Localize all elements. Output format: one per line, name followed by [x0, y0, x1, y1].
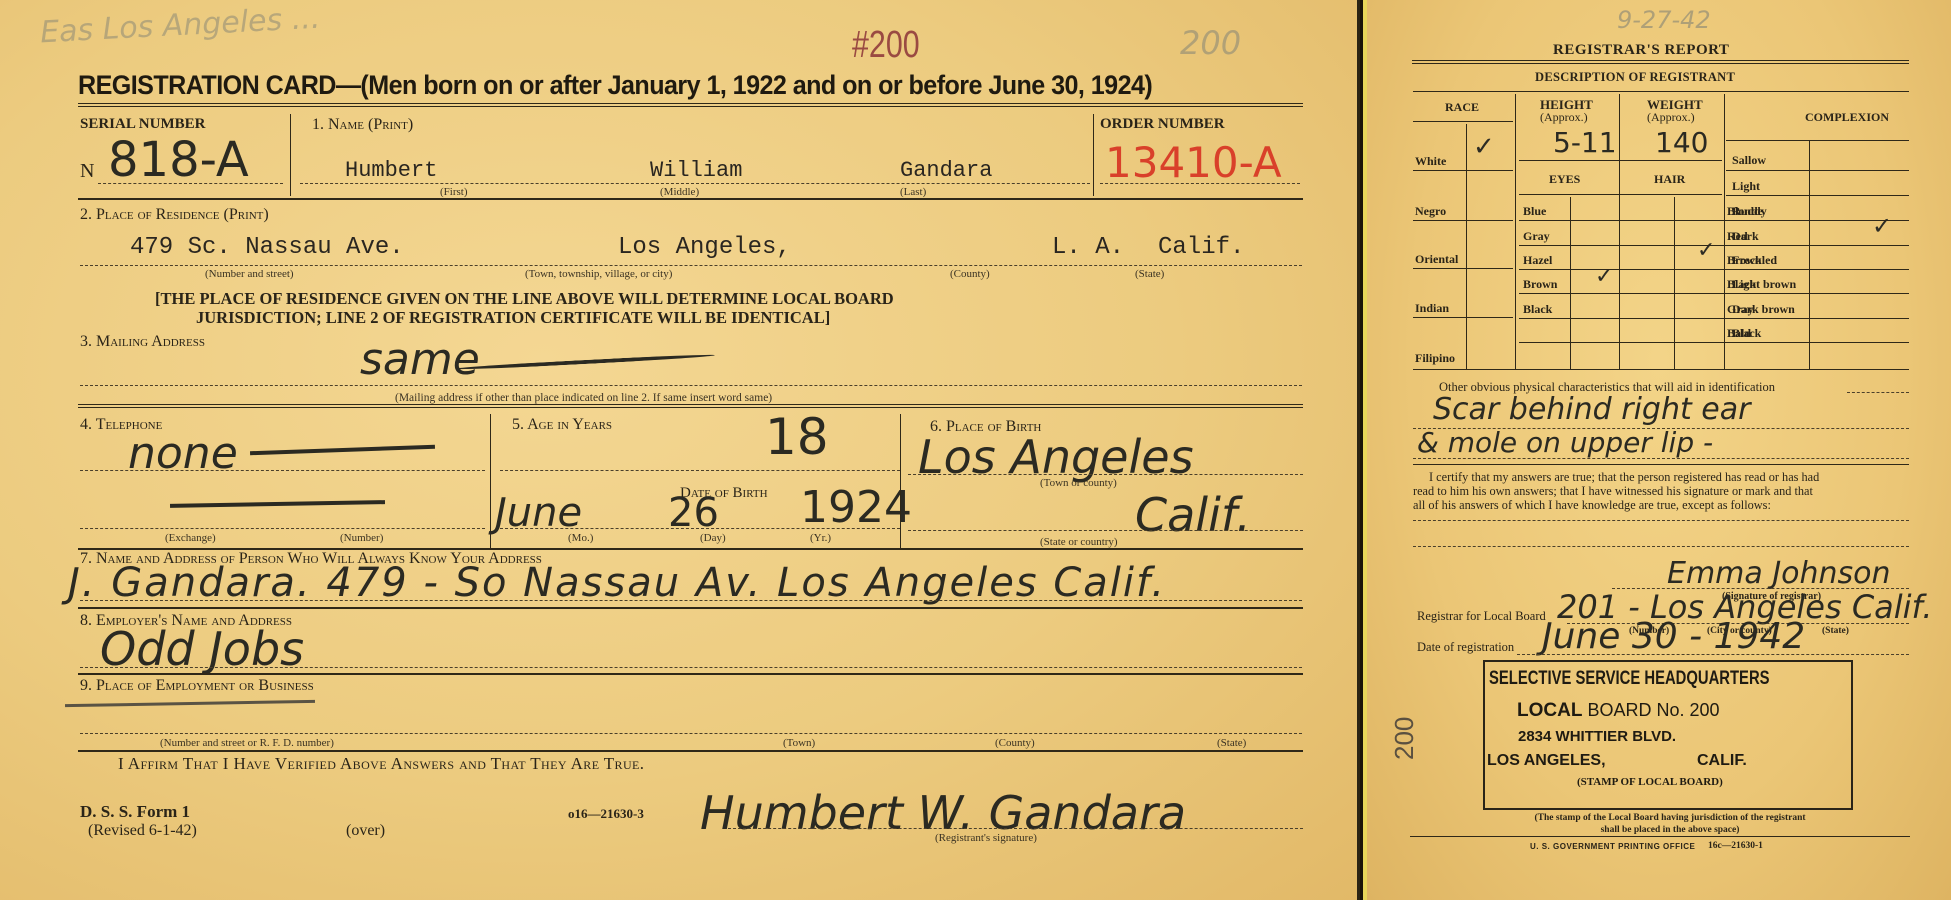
employment-town-caption: (Town) — [783, 737, 815, 749]
street-caption: (Number and street) — [205, 268, 294, 280]
board-state-caption: (State) — [1822, 626, 1849, 636]
race-option-white[interactable]: White — [1415, 154, 1446, 169]
height-value: 5-11 — [1553, 126, 1617, 159]
age-label: 5. Age in Years — [512, 416, 612, 434]
mailing-address-value: same — [360, 334, 480, 385]
certify-line-2: read to him his own answers; that I have… — [1413, 484, 1819, 498]
certification-text: I certify that my answers are true; that… — [1413, 470, 1819, 512]
county-caption: (County) — [950, 268, 990, 280]
mailing-address-label: 3. Mailing Address — [80, 333, 205, 351]
number-caption: (Number) — [340, 532, 383, 544]
registration-date-label: Date of registration — [1417, 640, 1514, 655]
card-title: REGISTRATION CARD—(Men born on or after … — [78, 70, 1152, 101]
state-country-caption: (State or country) — [1040, 536, 1118, 548]
weight-sub: (Approx.) — [1647, 110, 1695, 125]
residence-county-value: L. A. — [1052, 234, 1124, 261]
stamp-local: LOCAL — [1517, 700, 1582, 721]
stamp-line-2: LOCAL BOARD No. 200 — [1517, 700, 1720, 722]
hair-brown-checkmark-icon: ✓ — [1697, 238, 1715, 263]
title-divider — [78, 103, 1303, 107]
eyes-brown-checkmark-icon: ✓ — [1595, 264, 1613, 289]
first-caption: (First) — [440, 186, 468, 198]
hair-header: HAIR — [1654, 172, 1685, 187]
employment-place-label: 9. Place of Employment or Business — [80, 677, 314, 695]
order-number-label: ORDER NUMBER — [1100, 116, 1225, 133]
serial-number-label: SERIAL NUMBER — [80, 116, 205, 133]
registration-date-value: June 30 - 1942 — [1542, 616, 1805, 657]
stamp-city: LOS ANGELES, — [1487, 752, 1606, 770]
residence-state-value: Calif. — [1158, 234, 1244, 261]
pencil-date: 9-27-42 — [1617, 6, 1711, 34]
complexion-option-dark[interactable]: Dark — [1732, 229, 1759, 244]
residence-label: 2. Place of Residence (Print) — [80, 206, 269, 224]
handwritten-stroke — [455, 353, 715, 371]
local-board-stamp: SELECTIVE SERVICE HEADQUARTERS LOCAL BOA… — [1483, 660, 1853, 810]
residence-street-value: 479 Sc. Nassau Ave. — [130, 234, 404, 261]
side-stamp-number: 200 — [1389, 717, 1420, 760]
residence-city-value: Los Angeles, — [618, 234, 791, 261]
other-characteristics-line1: Scar behind right ear — [1433, 392, 1750, 427]
eyes-option-blue[interactable]: Blue — [1523, 204, 1546, 219]
stamp-state: CALIF. — [1697, 752, 1747, 770]
middle-caption: (Middle) — [660, 186, 699, 198]
board-stamp-number: #200 — [852, 24, 920, 67]
affirmation-text: I Affirm That I Have Verified Above Answ… — [118, 754, 644, 774]
description-subtitle: DESCRIPTION OF REGISTRANT — [1535, 70, 1735, 85]
gpo-code: 16c—21630-1 — [1708, 841, 1763, 851]
last-name-value: Gandara — [900, 158, 992, 183]
stamp-note: (The stamp of the Local Board having jur… — [1480, 812, 1860, 836]
certify-line-3: all of his answers of which I have knowl… — [1413, 498, 1819, 512]
residence-notice-line1: [THE PLACE OF RESIDENCE GIVEN ON THE LIN… — [155, 289, 894, 309]
over-note: (over) — [346, 822, 385, 840]
eyes-option-black[interactable]: Black — [1523, 302, 1552, 317]
registration-card-front: Eas Los Angeles ... #200 200 REGISTRATIO… — [0, 0, 1360, 900]
height-sub: (Approx.) — [1540, 110, 1588, 125]
race-header: RACE — [1445, 100, 1479, 115]
employment-state-caption: (State) — [1217, 737, 1246, 749]
telephone-value: none — [128, 428, 238, 479]
eyes-option-gray[interactable]: Gray — [1523, 229, 1550, 244]
complexion-option-light[interactable]: Light — [1732, 179, 1760, 194]
race-option-oriental[interactable]: Oriental — [1415, 252, 1458, 267]
print-code: o16—21630-3 — [568, 806, 644, 822]
eyes-header: EYES — [1549, 172, 1580, 187]
first-name-value: Humbert — [345, 158, 437, 183]
day-caption: (Day) — [700, 532, 726, 544]
serial-number-value: 818-A — [108, 132, 249, 188]
stamp-caption: (STAMP OF LOCAL BOARD) — [1577, 776, 1723, 788]
stamp-note-line-2: shall be placed in the above space) — [1480, 824, 1860, 836]
stamp-address: 2834 WHITTIER BLVD. — [1518, 728, 1676, 745]
complexion-dark-checkmark-icon: ✓ — [1872, 212, 1892, 240]
residence-notice-line2: JURISDICTION; LINE 2 OF REGISTRATION CER… — [196, 308, 830, 328]
employment-county-caption: (County) — [995, 737, 1035, 749]
race-option-indian[interactable]: Indian — [1415, 301, 1449, 316]
stamp-board-number: BOARD No. 200 — [1582, 700, 1719, 720]
form-revised: (Revised 6-1-42) — [88, 822, 197, 840]
local-board-label: Registrar for Local Board — [1417, 609, 1546, 624]
name-label: 1. Name (Print) — [312, 116, 413, 134]
race-option-negro[interactable]: Negro — [1415, 204, 1446, 219]
age-value: 18 — [765, 408, 829, 466]
month-caption: (Mo.) — [568, 532, 593, 544]
complexion-option-ruddy[interactable]: Ruddy — [1732, 204, 1767, 219]
last-caption: (Last) — [900, 186, 926, 198]
eyes-option-hazel[interactable]: Hazel — [1523, 253, 1552, 268]
race-option-filipino[interactable]: Filipino — [1415, 351, 1455, 366]
registrar-signature: Emma Johnson — [1667, 556, 1891, 591]
pencil-annotation-top: Eas Los Angeles ... — [39, 1, 321, 51]
complexion-option-freckled[interactable]: Freckled — [1732, 253, 1777, 268]
exchange-caption: (Exchange) — [165, 532, 216, 544]
state-caption: (State) — [1135, 268, 1164, 280]
birth-town-value: Los Angeles — [918, 430, 1194, 484]
eyes-option-brown[interactable]: Brown — [1523, 277, 1557, 292]
year-caption: (Yr.) — [810, 532, 831, 544]
form-id: D. S. S. Form 1 — [80, 802, 190, 822]
complexion-option-sallow[interactable]: Sallow — [1732, 153, 1766, 168]
complexion-option-black[interactable]: Black — [1732, 326, 1761, 341]
other-characteristics-line2: & mole on upper lip - — [1417, 426, 1713, 459]
dob-month-value: June — [495, 490, 582, 536]
pencil-annotation-right: 200 — [1180, 24, 1241, 62]
signature-caption: (Registrant's signature) — [935, 832, 1037, 844]
complexion-option-light-brown[interactable]: Light brown — [1732, 277, 1796, 292]
dob-year-value: 1924 — [800, 482, 912, 533]
certify-line-1: I certify that my answers are true; that… — [1413, 470, 1819, 484]
mailing-caption: (Mailing address if other than place ind… — [395, 392, 772, 404]
gpo-label: U. S. GOVERNMENT PRINTING OFFICE — [1530, 842, 1695, 851]
stamp-note-line-1: (The stamp of the Local Board having jur… — [1480, 812, 1860, 824]
city-caption: (Town, township, village, or city) — [525, 268, 672, 280]
order-number-value: 13410-A — [1105, 138, 1282, 187]
rfd-caption: (Number and street or R. F. D. number) — [160, 737, 334, 749]
serial-prefix: N — [80, 160, 94, 183]
birth-state-value: Calif. — [1135, 488, 1251, 542]
weight-value: 140 — [1655, 126, 1708, 159]
dob-day-value: 26 — [668, 490, 719, 536]
middle-name-value: William — [650, 158, 742, 183]
stamp-line-1: SELECTIVE SERVICE HEADQUARTERS — [1489, 668, 1770, 690]
complexion-header: COMPLEXION — [1805, 110, 1889, 125]
race-white-checkmark-icon: ✓ — [1473, 132, 1495, 162]
complexion-option-dark-brown[interactable]: Dark brown — [1732, 302, 1795, 317]
town-caption: (Town or county) — [1040, 477, 1117, 489]
registrar-report-title: REGISTRAR'S REPORT — [1553, 42, 1729, 59]
